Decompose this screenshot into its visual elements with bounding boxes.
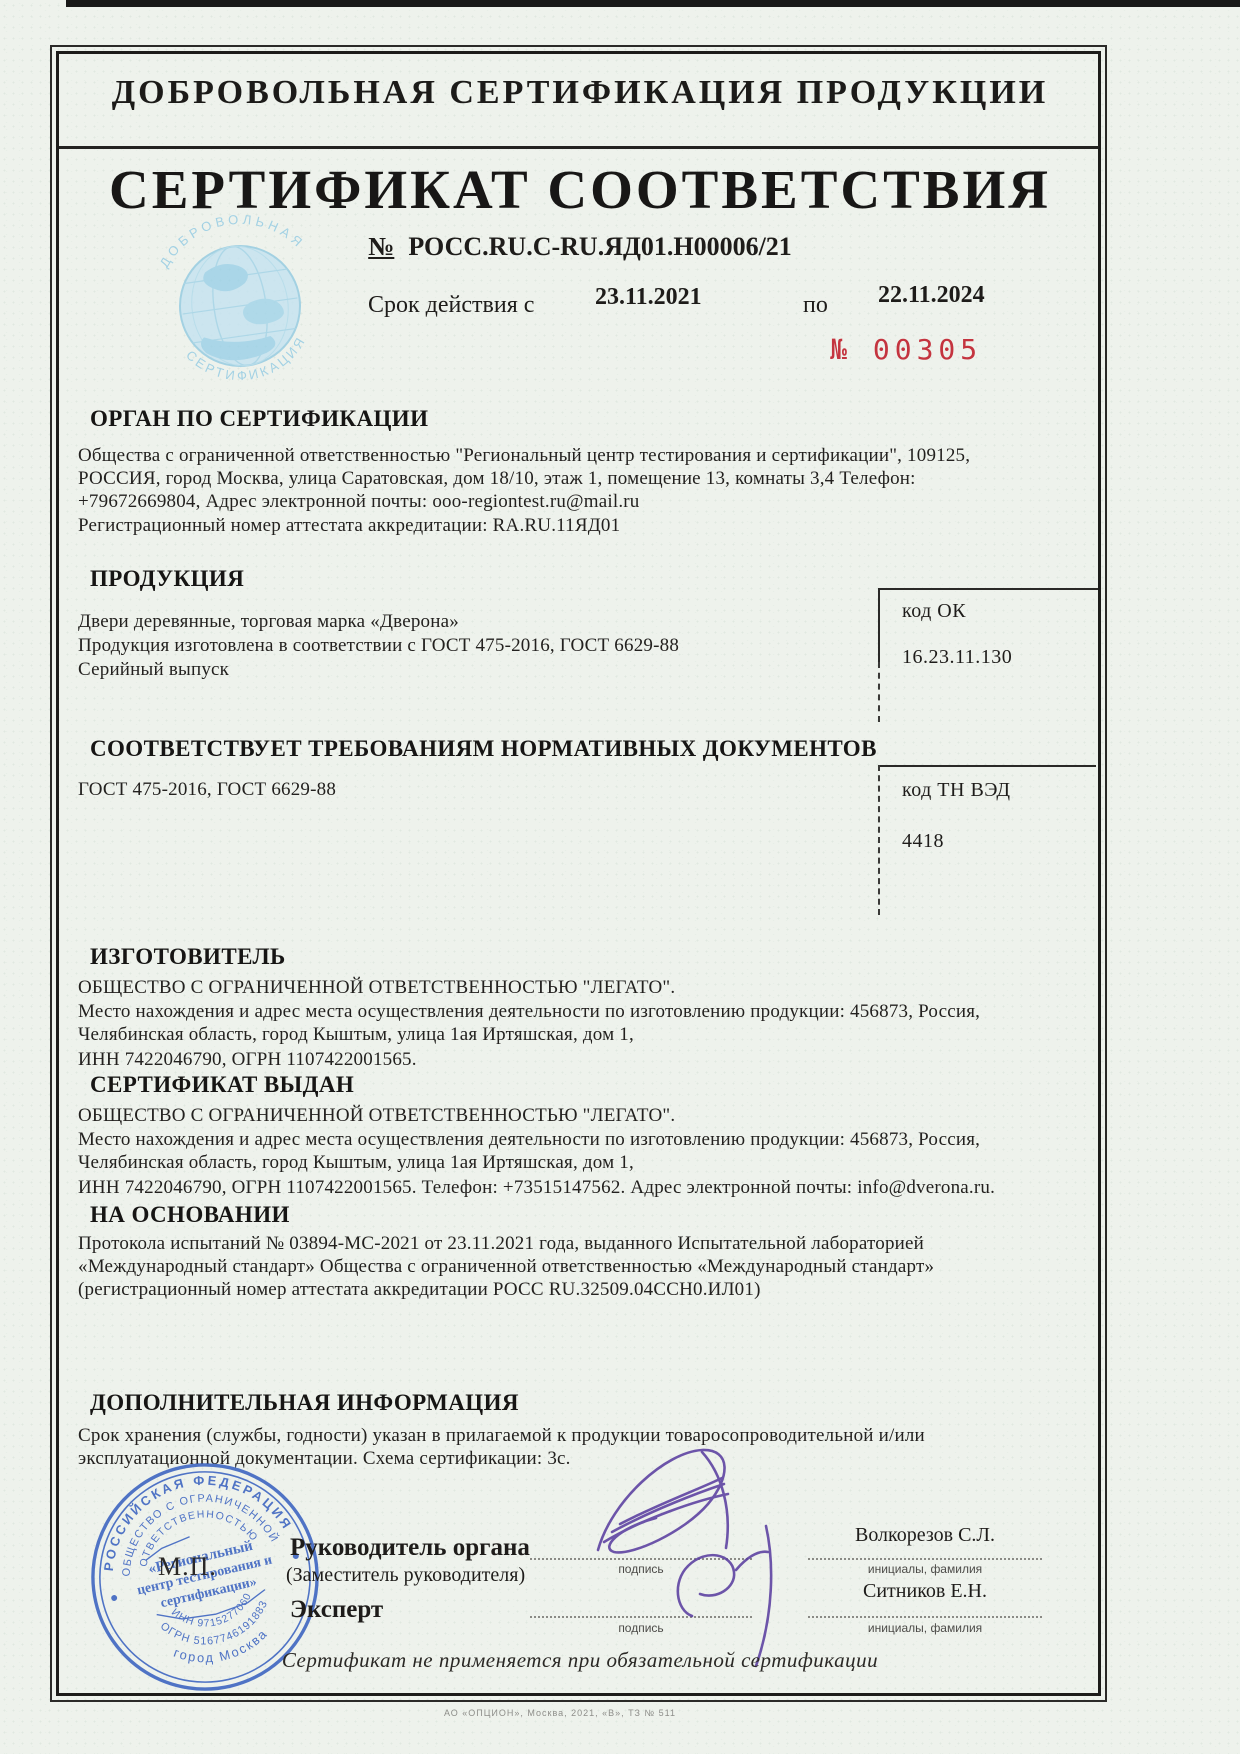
tnved-code-label: код ТН ВЭД	[902, 779, 1010, 802]
manufacturer-section-heading: ИЗГОТОВИТЕЛЬ	[90, 944, 286, 970]
product-line-3: Серийный выпуск	[78, 658, 858, 681]
certificate-number: РОСС.RU.C-RU.ЯД01.Н00006/21	[408, 232, 791, 261]
blank-serial-number: №00305	[830, 333, 982, 366]
product-line-1: Двери деревянные, торговая марка «Дверон…	[78, 610, 858, 633]
tnved-code-box-dashed-edge	[878, 765, 880, 915]
ok-code-value: 16.23.11.130	[902, 646, 1012, 669]
certificate-page: ДОБРОВОЛЬНАЯ СЕРТИФИКАЦИЯ ПРОДУКЦИИ СЕРТ…	[0, 0, 1240, 1754]
validity-to-date: 22.11.2024	[878, 282, 985, 309]
product-line-2: Продукция изготовлена в соответствии с Г…	[78, 634, 858, 657]
header-divider	[59, 146, 1099, 149]
print-house-info: АО «ОПЦИОН», Москва, 2021, «В», ТЗ № 511	[160, 1708, 960, 1718]
org-accreditation: Регистрационный номер аттестата аккредит…	[78, 514, 1023, 537]
validity-from-date: 23.11.2021	[595, 284, 702, 311]
basis-section-heading: НА ОСНОВАНИИ	[90, 1202, 290, 1228]
ink-signatures	[560, 1430, 820, 1680]
mp-place-of-seal: М.П.	[158, 1552, 217, 1582]
manufacturer-address: Место нахождения и адрес места осуществл…	[78, 1000, 1078, 1046]
certificate-number-sign: №	[368, 232, 394, 261]
conformity-body: ГОСТ 475-2016, ГОСТ 6629-88	[78, 778, 858, 801]
expert-name-line	[808, 1616, 1042, 1618]
certification-banner: ДОБРОВОЛЬНАЯ СЕРТИФИКАЦИЯ ПРОДУКЦИИ	[60, 74, 1100, 112]
head-ink-signature	[598, 1450, 728, 1552]
conformity-section-heading: СООТВЕТСТВУЕТ ТРЕБОВАНИЯМ НОРМАТИВНЫХ ДО…	[90, 736, 877, 762]
expert-role-label: Эксперт	[290, 1596, 383, 1624]
footer-note: Сертификат не применяется при обязательн…	[60, 1648, 1100, 1673]
manufacturer-requisites: ИНН 7422046790, ОГРН 1107422001565.	[78, 1048, 1078, 1071]
basis-body: Протокола испытаний № 03894-МС-2021 от 2…	[78, 1232, 1063, 1301]
ok-code-box-dashed-edge	[878, 662, 880, 722]
manufacturer-name: ОБЩЕСТВО С ОГРАНИЧЕННОЙ ОТВЕТСТВЕННОСТЬЮ…	[78, 976, 1078, 999]
serial-number-digits: 00305	[873, 333, 982, 366]
head-name-caption: инициалы, фамилия	[808, 1562, 1042, 1576]
issued-to-section-heading: СЕРТИФИКАТ ВЫДАН	[90, 1072, 354, 1098]
org-section-heading: ОРГАН ПО СЕРТИФИКАЦИИ	[90, 406, 428, 432]
issued-to-requisites: ИНН 7422046790, ОГРН 1107422001565. Теле…	[78, 1176, 1078, 1199]
tnved-code-box	[878, 765, 1096, 767]
expert-ink-signature	[678, 1526, 771, 1666]
globe-emblem: ДОБРОВОЛЬНАЯ СЕРТИФИКАЦИЯ	[126, 199, 354, 414]
additional-info-heading: ДОПОЛНИТЕЛЬНАЯ ИНФОРМАЦИЯ	[90, 1390, 519, 1416]
issued-to-name: ОБЩЕСТВО С ОГРАНИЧЕННОЙ ОТВЕТСТВЕННОСТЬЮ…	[78, 1104, 1078, 1127]
head-role-sublabel: (Заместитель руководителя)	[286, 1564, 525, 1587]
issued-to-address: Место нахождения и адрес места осуществл…	[78, 1128, 1078, 1174]
expert-name-caption: инициалы, фамилия	[808, 1621, 1042, 1635]
head-name-line	[808, 1558, 1042, 1560]
certificate-number-row: №РОСС.RU.C-RU.ЯД01.Н00006/21	[200, 232, 960, 262]
scan-artifact-strip	[66, 0, 1240, 7]
head-name: Волкорезов С.Л.	[808, 1524, 1042, 1547]
head-role-label: Руководитель органа	[290, 1534, 530, 1562]
certificate-title: СЕРТИФИКАТ СООТВЕТСТВИЯ	[60, 158, 1100, 221]
validity-to-label: по	[803, 292, 828, 319]
ok-code-label: код ОК	[902, 600, 966, 623]
product-section-heading: ПРОДУКЦИЯ	[90, 566, 244, 592]
tnved-code-value: 4418	[902, 830, 944, 853]
org-section-body: Общества с ограниченной ответственностью…	[78, 444, 1023, 513]
serial-number-sign: №	[830, 333, 847, 366]
validity-label: Срок действия с	[368, 292, 534, 319]
expert-name: Ситников Е.Н.	[808, 1580, 1042, 1603]
